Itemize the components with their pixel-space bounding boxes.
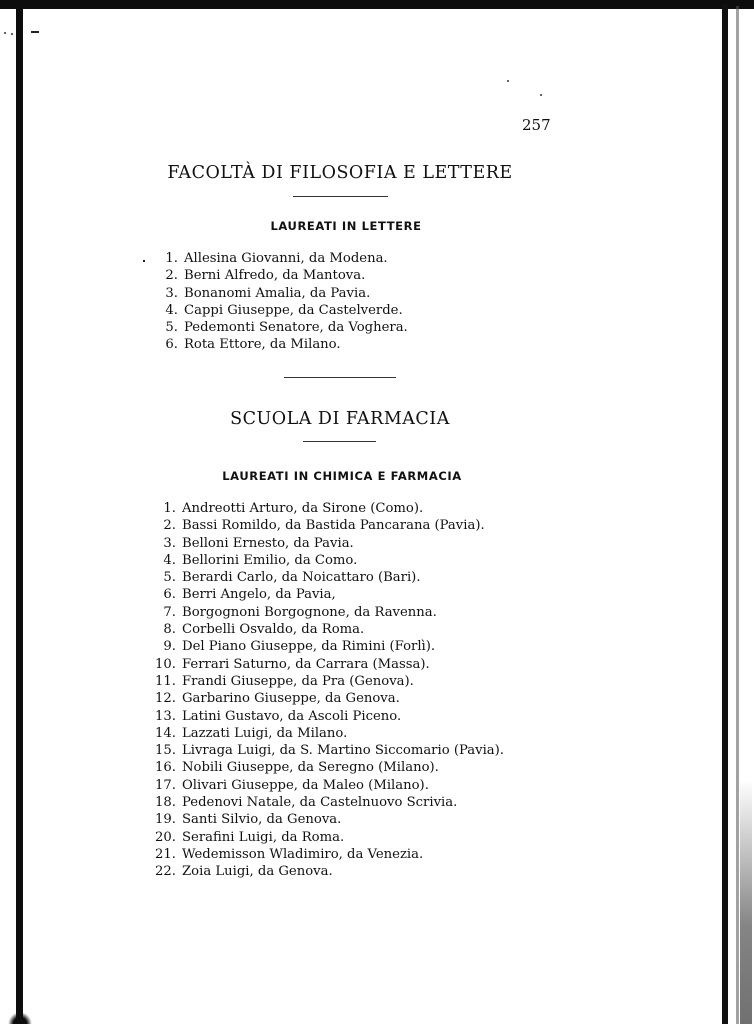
item-number: 19. <box>138 811 182 828</box>
list-item: 13.Latini Gustavo, da Ascoli Piceno. <box>138 708 504 725</box>
item-text: Lazzati Luigi, da Milano. <box>182 725 347 742</box>
page-number: 257 <box>522 116 551 134</box>
item-text: Pedenovi Natale, da Castelnuovo Scrivia. <box>182 794 457 811</box>
list-item: 14.Lazzati Luigi, da Milano. <box>138 725 504 742</box>
list-item: 21.Wedemisson Wladimiro, da Venezia. <box>138 846 504 863</box>
item-text: Bonanomi Amalia, da Pavia. <box>184 285 370 302</box>
list-item: 20.Serafini Luigi, da Roma. <box>138 829 504 846</box>
item-number: 22. <box>138 863 182 880</box>
scan-right-smudge <box>740 780 752 1024</box>
item-text: Olivari Giuseppe, da Maleo (Milano). <box>182 777 429 794</box>
list-item: 6.Rota Ettore, da Milano. <box>150 336 408 353</box>
graduates-list-lettere: 1.Allesina Giovanni, da Modena. 2.Berni … <box>150 250 408 354</box>
item-number: 16. <box>138 759 182 776</box>
scan-right-border <box>722 4 728 1024</box>
scan-left-border-foot <box>8 1012 32 1024</box>
item-text: Wedemisson Wladimiro, da Venezia. <box>182 846 423 863</box>
list-item: 16.Nobili Giuseppe, da Seregno (Milano). <box>138 759 504 776</box>
item-text: Bassi Romildo, da Bastida Pancarana (Pav… <box>182 517 485 534</box>
item-number: 3. <box>138 535 182 552</box>
item-text: Garbarino Giuseppe, da Genova. <box>182 690 400 707</box>
item-number: 20. <box>138 829 182 846</box>
item-number: 18. <box>138 794 182 811</box>
scan-mark <box>31 31 39 33</box>
list-item: 17.Olivari Giuseppe, da Maleo (Milano). <box>138 777 504 794</box>
scan-speck <box>540 94 542 96</box>
list-item: 2.Berni Alfredo, da Mantova. <box>150 267 408 284</box>
item-text: Berardi Carlo, da Noicattaro (Bari). <box>182 569 421 586</box>
item-number: 5. <box>150 319 184 336</box>
list-item: 1.Andreotti Arturo, da Sirone (Como). <box>138 500 504 517</box>
item-number: 9. <box>138 638 182 655</box>
graduates-list-farmacia: 1.Andreotti Arturo, da Sirone (Como). 2.… <box>138 500 504 881</box>
list-item: 8.Corbelli Osvaldo, da Roma. <box>138 621 504 638</box>
item-text: Del Piano Giuseppe, da Rimini (Forlì). <box>182 638 435 655</box>
list-item: 15.Livraga Luigi, da S. Martino Siccomar… <box>138 742 504 759</box>
scan-speck <box>143 260 145 262</box>
item-text: Frandi Giuseppe, da Pra (Genova). <box>182 673 414 690</box>
list-item: 1.Allesina Giovanni, da Modena. <box>150 250 408 267</box>
list-item: 11.Frandi Giuseppe, da Pra (Genova). <box>138 673 504 690</box>
section-title-farmacia: SCUOLA DI FARMACIA <box>0 409 680 429</box>
section-title-filosofia: FACOLTÀ DI FILOSOFIA E LETTERE <box>0 163 680 183</box>
scan-speck <box>11 33 13 35</box>
item-text: Belloni Ernesto, da Pavia. <box>182 535 354 552</box>
list-item: 5.Pedemonti Senatore, da Voghera. <box>150 319 408 336</box>
item-number: 14. <box>138 725 182 742</box>
item-text: Ferrari Saturno, da Carrara (Massa). <box>182 656 430 673</box>
item-number: 1. <box>150 250 184 267</box>
scan-speck <box>507 80 509 82</box>
list-item: 5.Berardi Carlo, da Noicattaro (Bari). <box>138 569 504 586</box>
item-number: 13. <box>138 708 182 725</box>
list-item: 2.Bassi Romildo, da Bastida Pancarana (P… <box>138 517 504 534</box>
list-item: 19.Santi Silvio, da Genova. <box>138 811 504 828</box>
item-number: 21. <box>138 846 182 863</box>
item-number: 5. <box>138 569 182 586</box>
list-item: 4.Cappi Giuseppe, da Castelverde. <box>150 302 408 319</box>
scan-right-edge-shadow <box>736 6 739 1024</box>
list-item: 3.Belloni Ernesto, da Pavia. <box>138 535 504 552</box>
item-text: Berri Angelo, da Pavia, <box>182 586 336 603</box>
item-number: 12. <box>138 690 182 707</box>
title-rule <box>293 196 388 197</box>
list-item: 3.Bonanomi Amalia, da Pavia. <box>150 285 408 302</box>
scan-left-border <box>16 0 23 1024</box>
title-rule <box>303 441 376 442</box>
item-text: Borgognoni Borgognone, da Ravenna. <box>182 604 437 621</box>
list-item: 18.Pedenovi Natale, da Castelnuovo Scriv… <box>138 794 504 811</box>
item-number: 6. <box>150 336 184 353</box>
list-item: 12.Garbarino Giuseppe, da Genova. <box>138 690 504 707</box>
item-number: 17. <box>138 777 182 794</box>
list-item: 7.Borgognoni Borgognone, da Ravenna. <box>138 604 504 621</box>
item-text: Pedemonti Senatore, da Voghera. <box>184 319 408 336</box>
item-number: 8. <box>138 621 182 638</box>
item-text: Serafini Luigi, da Roma. <box>182 829 344 846</box>
item-text: Nobili Giuseppe, da Seregno (Milano). <box>182 759 439 776</box>
item-number: 6. <box>138 586 182 603</box>
item-number: 15. <box>138 742 182 759</box>
item-number: 11. <box>138 673 182 690</box>
item-text: Andreotti Arturo, da Sirone (Como). <box>182 500 423 517</box>
list-item: 4.Bellorini Emilio, da Como. <box>138 552 504 569</box>
subheading-chimica-farmacia: LAUREATI IN CHIMICA E FARMACIA <box>2 469 682 483</box>
item-number: 10. <box>138 656 182 673</box>
list-item: 9.Del Piano Giuseppe, da Rimini (Forlì). <box>138 638 504 655</box>
item-text: Latini Gustavo, da Ascoli Piceno. <box>182 708 401 725</box>
item-text: Cappi Giuseppe, da Castelverde. <box>184 302 403 319</box>
item-number: 2. <box>150 267 184 284</box>
item-text: Allesina Giovanni, da Modena. <box>184 250 388 267</box>
scan-speck <box>4 32 6 34</box>
list-item: 22.Zoia Luigi, da Genova. <box>138 863 504 880</box>
item-text: Corbelli Osvaldo, da Roma. <box>182 621 364 638</box>
item-number: 4. <box>138 552 182 569</box>
list-item: 6.Berri Angelo, da Pavia, <box>138 586 504 603</box>
item-number: 2. <box>138 517 182 534</box>
item-number: 3. <box>150 285 184 302</box>
item-number: 4. <box>150 302 184 319</box>
item-text: Zoia Luigi, da Genova. <box>182 863 333 880</box>
subheading-lettere: LAUREATI IN LETTERE <box>6 219 686 233</box>
list-item: 10.Ferrari Saturno, da Carrara (Massa). <box>138 656 504 673</box>
item-text: Rota Ettore, da Milano. <box>184 336 341 353</box>
item-text: Livraga Luigi, da S. Martino Siccomario … <box>182 742 504 759</box>
item-text: Bellorini Emilio, da Como. <box>182 552 357 569</box>
item-number: 1. <box>138 500 182 517</box>
item-number: 7. <box>138 604 182 621</box>
item-text: Berni Alfredo, da Mantova. <box>184 267 365 284</box>
section-divider <box>284 377 396 378</box>
item-text: Santi Silvio, da Genova. <box>182 811 341 828</box>
scan-top-border <box>0 0 754 9</box>
